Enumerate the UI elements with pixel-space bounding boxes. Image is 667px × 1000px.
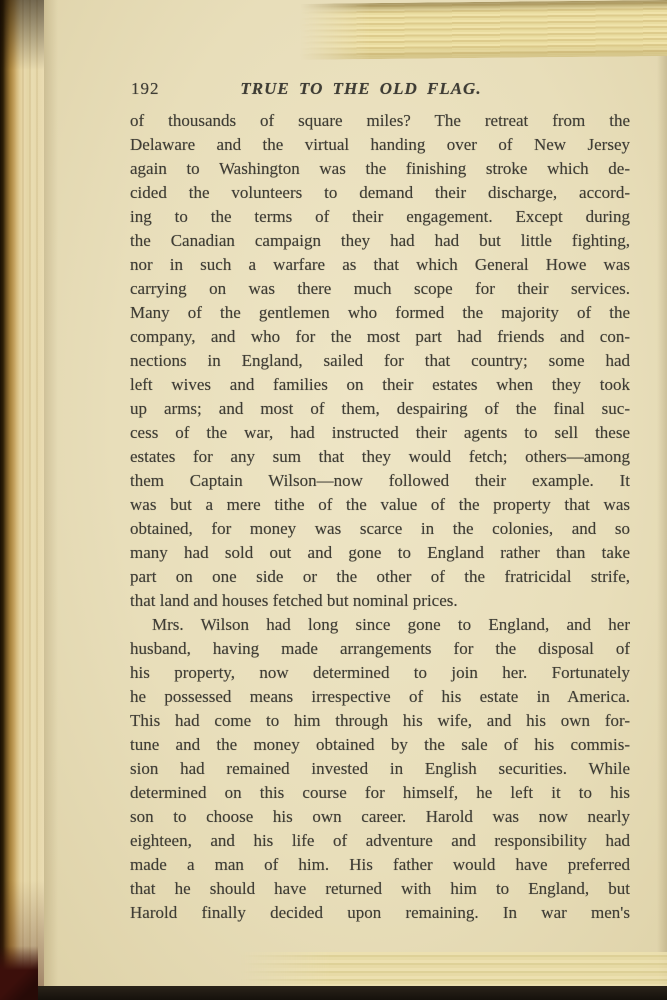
- text-line: Delaware and the virtual handing over of…: [130, 133, 630, 157]
- text-line: was but a mere tithe of the value of the…: [130, 493, 630, 517]
- text-line: husband, having made arrangements for th…: [130, 637, 630, 661]
- text-line: his property, now determined to join her…: [130, 661, 630, 685]
- page-body: of thousands of square miles? The retrea…: [130, 109, 630, 925]
- text-line: determined on this course for himself, h…: [130, 781, 630, 805]
- text-line: company, and who for the most part had f…: [130, 325, 630, 349]
- running-title: TRUE TO THE OLD FLAG.: [240, 79, 481, 99]
- text-line: made a man of him. His father would have…: [130, 853, 630, 877]
- page-number: 192: [131, 79, 160, 99]
- page-edges-bottom: [240, 952, 667, 986]
- text-line: Mrs. Wilson had long since gone to Engla…: [130, 613, 630, 637]
- book-page: 192 TRUE TO THE OLD FLAG. of thousands o…: [44, 0, 667, 988]
- scan-bottom-shadow: [0, 986, 667, 1000]
- text-line: son to choose his own career. Harold was…: [130, 805, 630, 829]
- page-header: 192 TRUE TO THE OLD FLAG.: [130, 79, 630, 99]
- text-line: obtained, for money was scarce in the co…: [130, 517, 630, 541]
- text-line: estates for any sum that they would fetc…: [130, 445, 630, 469]
- text-line: up arms; and most of them, despairing of…: [130, 397, 630, 421]
- text-line: tune and the money obtained by the sale …: [130, 733, 630, 757]
- book-photo: 192 TRUE TO THE OLD FLAG. of thousands o…: [0, 0, 667, 1000]
- text-line: of thousands of square miles? The retrea…: [130, 109, 630, 133]
- text-line: left wives and families on their estates…: [130, 373, 630, 397]
- text-line: carrying on was there much scope for the…: [130, 277, 630, 301]
- text-line: again to Washington was the finishing st…: [130, 157, 630, 181]
- text-line: he possessed means irrespective of his e…: [130, 685, 630, 709]
- paragraph: Mrs. Wilson had long since gone to Engla…: [130, 613, 630, 925]
- text-line: eighteen, and his life of adventure and …: [130, 829, 630, 853]
- text-line: ing to the terms of their engagement. Ex…: [130, 205, 630, 229]
- text-line: This had come to him through his wife, a…: [130, 709, 630, 733]
- page-edges-left: [0, 0, 44, 1000]
- text-line: nections in England, sailed for that cou…: [130, 349, 630, 373]
- text-line: sion had remained invested in English se…: [130, 757, 630, 781]
- text-line: part on one side or the other of the fra…: [130, 565, 630, 589]
- text-line: cess of the war, had instructed their ag…: [130, 421, 630, 445]
- text-line: nor in such a warfare as that which Gene…: [130, 253, 630, 277]
- text-line: them Captain Wilson—now followed their e…: [130, 469, 630, 493]
- text-line: many had sold out and gone to England ra…: [130, 541, 630, 565]
- text-line: Harold finally decided upon remaining. I…: [130, 901, 630, 925]
- page-edges-top: [300, 0, 667, 60]
- paragraph: of thousands of square miles? The retrea…: [130, 109, 630, 613]
- text-line: that he should have returned with him to…: [130, 877, 630, 901]
- text-line: cided the volunteers to demand their dis…: [130, 181, 630, 205]
- text-line: the Canadian campaign they had had but l…: [130, 229, 630, 253]
- text-line: that land and houses fetched but nominal…: [130, 589, 630, 613]
- text-line: Many of the gentlemen who formed the maj…: [130, 301, 630, 325]
- cover-corner-bottom-left: [0, 946, 38, 1000]
